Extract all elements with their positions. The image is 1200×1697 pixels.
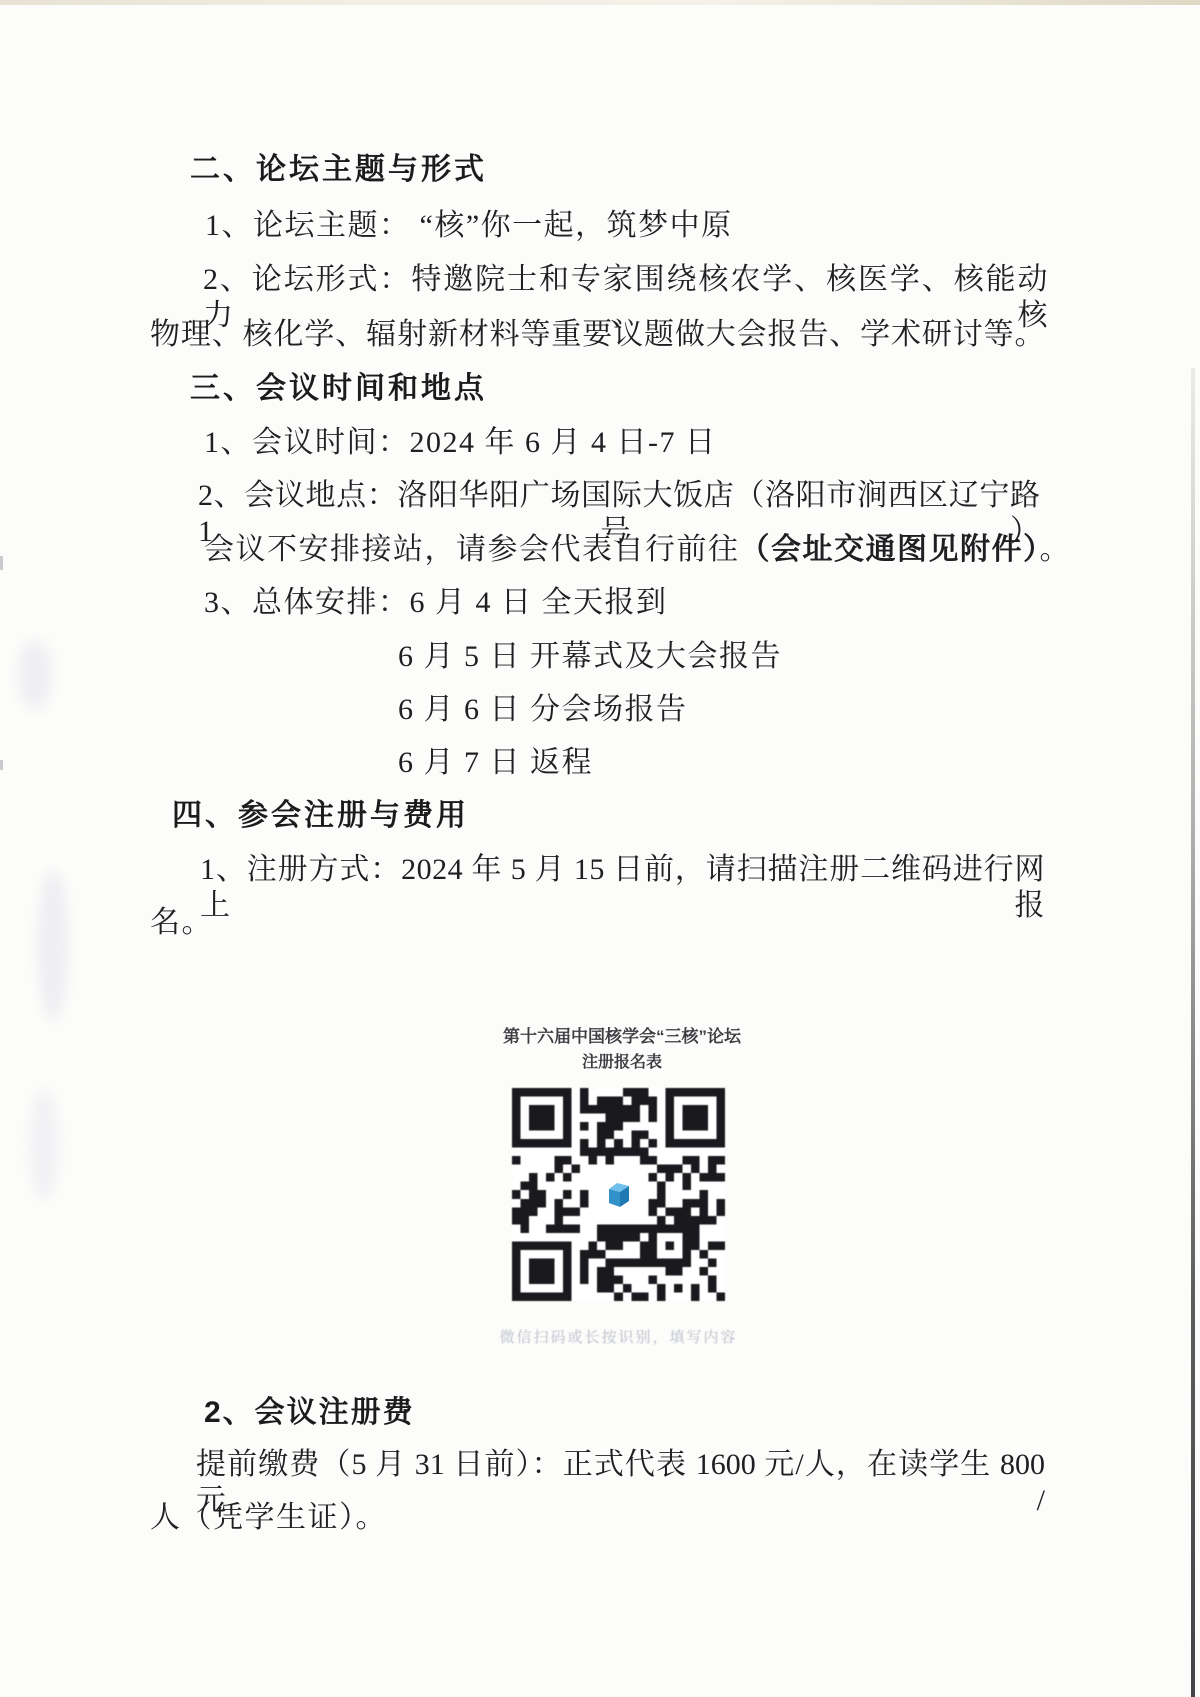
scan-edge-speck <box>0 556 3 570</box>
qr-scan-caption: 微信扫码或长按识别，填写内容 <box>487 1326 750 1347</box>
fee-line2: 人（凭学生证）。 <box>150 1500 387 1536</box>
scan-top-edge-artifact <box>0 0 1200 5</box>
forum-format-line2: 物理、核化学、辐射新材料等重要议题做大会报告、学术研讨等。 <box>150 317 1045 353</box>
venue-note-end: 。 <box>1040 533 1072 566</box>
schedule-line: 6 月 7 日 返程 <box>398 745 593 781</box>
scan-right-edge-line <box>1191 368 1195 1697</box>
scan-edge-speck <box>0 760 3 770</box>
section-registration-heading: 四、参会注册与费用 <box>172 798 469 834</box>
schedule-line: 6 月 5 日 开幕式及大会报告 <box>398 639 782 675</box>
qr-form-title: 第十六届中国核学会“三核”论坛 <box>447 1022 797 1047</box>
section-meeting-heading: 三、会议时间和地点 <box>190 371 487 407</box>
registration-method-line1: 1、注册方式：2024 年 5 月 15 日前，请扫描注册二维码进行网上报 <box>200 852 1045 924</box>
venue-note-bold: （会址交通图见附件） <box>740 533 1040 566</box>
forum-theme-item: 1、论坛主题： “核”你一起，筑梦中原 <box>205 208 733 244</box>
scanned-document-page: { "page": { "background": "#fcfcfa", "te… <box>0 0 1200 1697</box>
registration-method-line2: 名。 <box>150 905 213 941</box>
venue-note-regular: 会议不安排接站，请参会代表自行前往 <box>204 533 740 566</box>
overall-schedule-item: 3、总体安排：6 月 4 日 全天报到 <box>204 585 668 621</box>
qr-form-subtitle: 注册报名表 <box>447 1049 797 1072</box>
scan-bleedthrough-smudge <box>38 870 68 1020</box>
schedule-line: 6 月 6 日 分会场报告 <box>398 692 688 728</box>
venue-note-line: 会议不安排接站，请参会代表自行前往（会址交通图见附件）。 <box>204 532 1071 568</box>
meeting-time-item: 1、会议时间：2024 年 6 月 4 日-7 日 <box>204 425 717 461</box>
qr-center-icon-box <box>596 1172 642 1218</box>
scan-bleedthrough-smudge <box>18 640 52 710</box>
form-folder-icon <box>603 1179 635 1211</box>
section-forum-heading: 二、论坛主题与形式 <box>190 152 487 188</box>
registration-fee-heading: 2、会议注册费 <box>204 1395 415 1431</box>
scan-bleedthrough-smudge <box>30 1090 58 1200</box>
